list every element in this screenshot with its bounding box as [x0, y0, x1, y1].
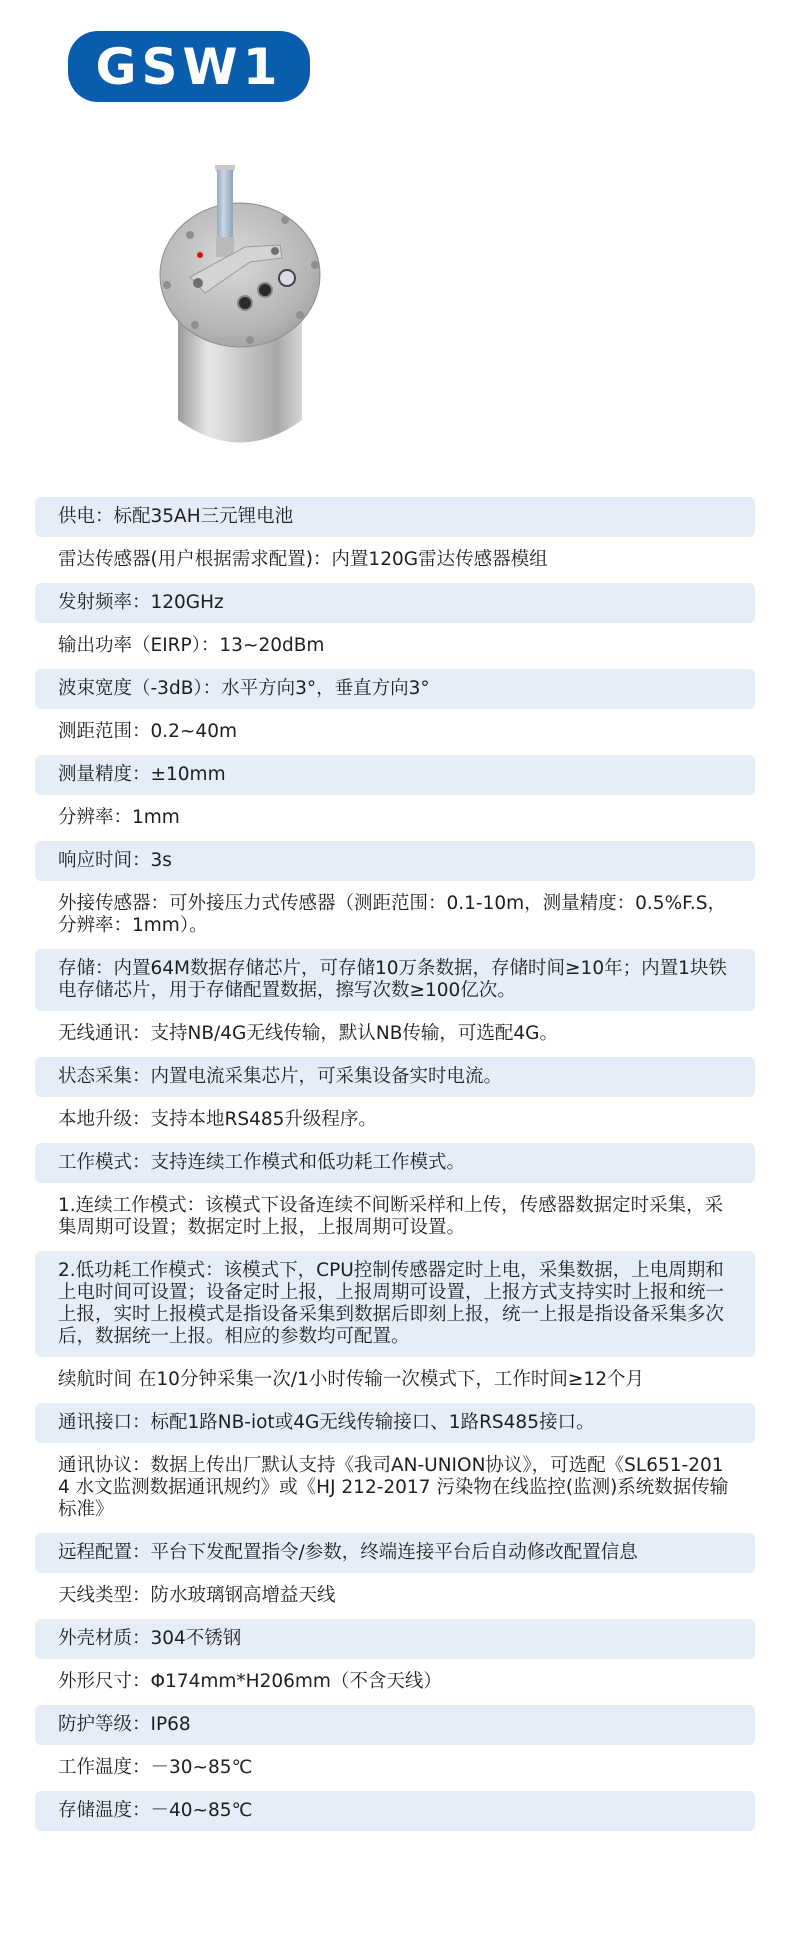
spec-row: 通讯协议：数据上传出厂默认支持《我司AN-UNION协议》，可选配《SL651-…: [35, 1446, 755, 1530]
spec-row: 无线通讯：支持NB/4G无线传输，默认NB传输，可选配4G。: [35, 1014, 755, 1054]
spec-row: 远程配置：平台下发配置指令/参数，终端连接平台后自动修改配置信息: [35, 1533, 755, 1573]
spec-row: 天线类型：防水玻璃钢高增益天线: [35, 1576, 755, 1616]
spec-row: 外壳材质：304不锈钢: [35, 1619, 755, 1659]
spec-row: 波束宽度（-3dB）：水平方向3°，垂直方向3°: [35, 669, 755, 709]
product-title: GSW1: [96, 38, 283, 96]
product-title-badge: GSW1: [68, 31, 310, 102]
spec-row: 防护等级：IP68: [35, 1705, 755, 1745]
device-illustration-icon: [150, 165, 330, 465]
spec-row: 测量精度：±10mm: [35, 755, 755, 795]
spec-row: 发射频率：120GHz: [35, 583, 755, 623]
spec-row: 响应时间：3s: [35, 841, 755, 881]
spec-list: 供电：标配35AH三元锂电池雷达传感器(用户根据需求配置)：内置120G雷达传感…: [35, 497, 755, 1834]
product-image: [150, 165, 330, 465]
spec-row: 存储：内置64M数据存储芯片，可存储10万条数据，存储时间≥10年；内置1块铁电…: [35, 949, 755, 1011]
spec-row: 工作温度：－30~85℃: [35, 1748, 755, 1788]
spec-row: 外形尺寸：Φ174mm*H206mm（不含天线）: [35, 1662, 755, 1702]
spec-row: 供电：标配35AH三元锂电池: [35, 497, 755, 537]
spec-row: 输出功率（EIRP）：13~20dBm: [35, 626, 755, 666]
spec-row: 状态采集：内置电流采集芯片，可采集设备实时电流。: [35, 1057, 755, 1097]
spec-row: 本地升级：支持本地RS485升级程序。: [35, 1100, 755, 1140]
spec-row: 续航时间 在10分钟采集一次/1小时传输一次模式下，工作时间≥12个月: [35, 1360, 755, 1400]
spec-row: 通讯接口：标配1路NB-iot或4G无线传输接口、1路RS485接口。: [35, 1403, 755, 1443]
spec-row: 2.低功耗工作模式：该模式下，CPU控制传感器定时上电，采集数据，上电周期和上电…: [35, 1251, 755, 1357]
spec-row: 测距范围：0.2~40m: [35, 712, 755, 752]
spec-row: 1.连续工作模式：该模式下设备连续不间断采样和上传，传感器数据定时采集，采集周期…: [35, 1186, 755, 1248]
spec-row: 存储温度：－40~85℃: [35, 1791, 755, 1831]
spec-row: 外接传感器：可外接压力式传感器（测距范围：0.1-10m，测量精度：0.5%F.…: [35, 884, 755, 946]
spec-row: 工作模式：支持连续工作模式和低功耗工作模式。: [35, 1143, 755, 1183]
spec-row: 雷达传感器(用户根据需求配置)：内置120G雷达传感器模组: [35, 540, 755, 580]
spec-row: 分辨率：1mm: [35, 798, 755, 838]
